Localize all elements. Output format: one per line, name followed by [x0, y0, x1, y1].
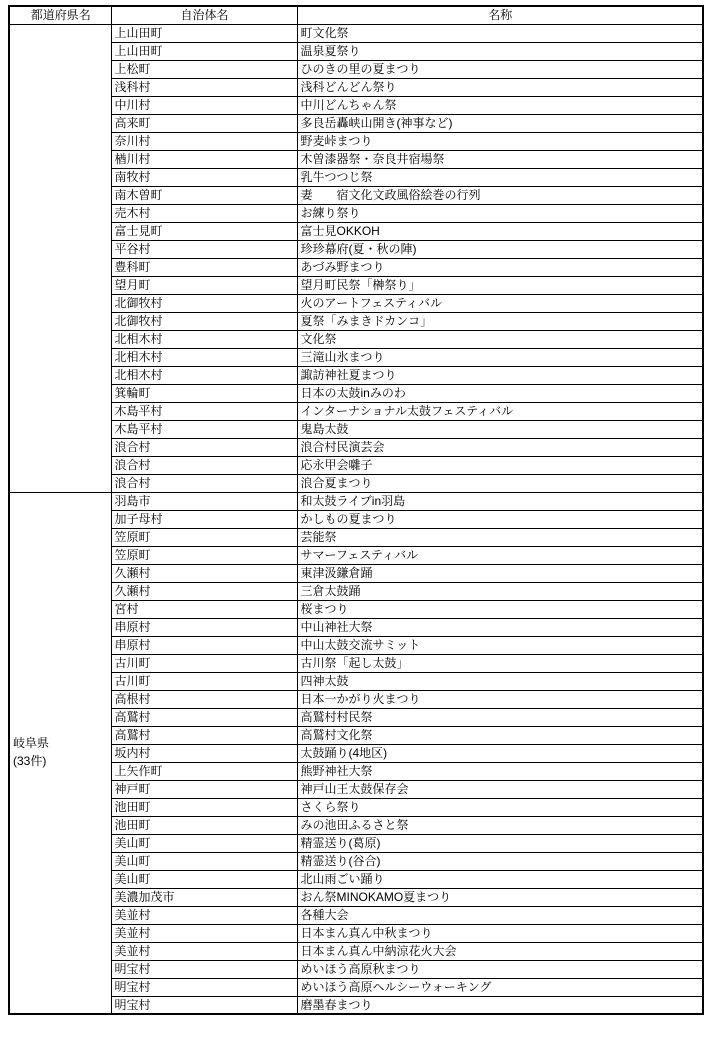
festival-name-cell: さくら祭り [297, 798, 703, 816]
festival-name-cell: 中山神社大祭 [297, 618, 703, 636]
festival-name-cell: みの池田ふるさと祭 [297, 816, 703, 834]
table-body: 上山田町町文化祭上山田町温泉夏祭り上松町ひのきの里の夏まつり浅科村浅科どんどん祭… [9, 24, 703, 1014]
table-row: 美並村日本まん真ん中納涼花火大会 [9, 942, 703, 960]
table-row: 上矢作町熊野神社大祭 [9, 762, 703, 780]
festival-name-cell: 浅科どんどん祭り [297, 78, 703, 96]
table-row: 岐阜県(33件)羽島市和太鼓ライブin羽島 [9, 492, 703, 510]
municipality-cell: 美並村 [111, 942, 297, 960]
table-row: 箕輪町日本の太鼓inみのわ [9, 384, 703, 402]
festival-name-cell: 神戸山王太鼓保存会 [297, 780, 703, 798]
prefecture-name: 岐阜県 [13, 735, 109, 753]
municipality-cell: 美濃加茂市 [111, 888, 297, 906]
table-row: 浅科村浅科どんどん祭り [9, 78, 703, 96]
festival-name-cell: おん祭MINOKAMO夏まつり [297, 888, 703, 906]
municipality-cell: 浪合村 [111, 474, 297, 492]
festival-name-cell: 文化祭 [297, 330, 703, 348]
festival-name-cell: 富士見OKKOH [297, 222, 703, 240]
table-row: 美並村日本まん真ん中秋まつり [9, 924, 703, 942]
table-row: 上松町ひのきの里の夏まつり [9, 60, 703, 78]
table-row: 木島平村インターナショナル太鼓フェスティバル [9, 402, 703, 420]
festival-name-cell: 乳牛つつじ祭 [297, 168, 703, 186]
municipality-cell: 加子母村 [111, 510, 297, 528]
festival-name-cell: 望月町民祭「榊祭り」 [297, 276, 703, 294]
municipality-cell: 久瀬村 [111, 564, 297, 582]
municipality-cell: 奈川村 [111, 132, 297, 150]
table-row: 池田町みの池田ふるさと祭 [9, 816, 703, 834]
municipality-cell: 富士見町 [111, 222, 297, 240]
table-row: 古川町古川祭「起し太鼓」 [9, 654, 703, 672]
table-row: 北御牧村夏祭「みまきドカンコ」 [9, 312, 703, 330]
table-row: 坂内村太鼓踊り(4地区) [9, 744, 703, 762]
municipality-cell: 浪合村 [111, 438, 297, 456]
table-header: 都道府県名 自治体名 名称 [9, 6, 703, 24]
municipality-cell: 古川町 [111, 672, 297, 690]
municipality-cell: 串原村 [111, 618, 297, 636]
table-row: 加子母村かしもの夏まつり [9, 510, 703, 528]
table-row: 明宝村磨墨春まつり [9, 996, 703, 1014]
municipality-cell: 坂内村 [111, 744, 297, 762]
festival-name-cell: 日本まん真ん中秋まつり [297, 924, 703, 942]
municipality-cell: 北御牧村 [111, 294, 297, 312]
municipality-cell: 北相木村 [111, 330, 297, 348]
festival-name-cell: 精霊送り(谷合) [297, 852, 703, 870]
municipality-cell: 古川町 [111, 654, 297, 672]
table-row: 北相木村文化祭 [9, 330, 703, 348]
municipality-cell: 神戸町 [111, 780, 297, 798]
table-row: 明宝村めいほう高原秋まつり [9, 960, 703, 978]
table-row: 平谷村珍珍幕府(夏・秋の陣) [9, 240, 703, 258]
table-row: 上山田町温泉夏祭り [9, 42, 703, 60]
table-row: 中川村中川どんちゃん祭 [9, 96, 703, 114]
table-row: 豊科町あづみ野まつり [9, 258, 703, 276]
festival-name-cell: めいほう高原秋まつり [297, 960, 703, 978]
festival-name-cell: 浪合夏まつり [297, 474, 703, 492]
table-row: 高根村日本一かがり火まつり [9, 690, 703, 708]
festival-name-cell: 中山太鼓交流サミット [297, 636, 703, 654]
header-row: 都道府県名 自治体名 名称 [9, 6, 703, 24]
municipality-cell: 笠原町 [111, 546, 297, 564]
municipality-cell: 楢川村 [111, 150, 297, 168]
table-row: 美並村各種大会 [9, 906, 703, 924]
municipality-cell: 上矢作町 [111, 762, 297, 780]
municipality-cell: 売木村 [111, 204, 297, 222]
festival-name-cell: お練り祭り [297, 204, 703, 222]
festival-name-cell: 多良岳轟峡山開き(神事など) [297, 114, 703, 132]
municipality-cell: 北相木村 [111, 366, 297, 384]
table-row: 木島平村鬼島太鼓 [9, 420, 703, 438]
municipality-cell: 高根村 [111, 690, 297, 708]
municipality-cell: 串原村 [111, 636, 297, 654]
festival-name-cell: 東津汲鎌倉踊 [297, 564, 703, 582]
festival-name-cell: 和太鼓ライブin羽島 [297, 492, 703, 510]
table-row: 明宝村めいほう高原ヘルシーウォーキング [9, 978, 703, 996]
festival-name-cell: 町文化祭 [297, 24, 703, 42]
municipality-cell: 笠原町 [111, 528, 297, 546]
municipality-cell: 上山田町 [111, 24, 297, 42]
festival-name-cell: ひのきの里の夏まつり [297, 60, 703, 78]
table-row: 上山田町町文化祭 [9, 24, 703, 42]
table-row: 古川町四神太鼓 [9, 672, 703, 690]
municipality-cell: 望月町 [111, 276, 297, 294]
festival-name-cell: 熊野神社大祭 [297, 762, 703, 780]
table-row: 北相木村三滝山氷まつり [9, 348, 703, 366]
festival-name-cell: 桜まつり [297, 600, 703, 618]
municipality-cell: 高鷲村 [111, 708, 297, 726]
festival-name-cell: 中川どんちゃん祭 [297, 96, 703, 114]
municipality-cell: 久瀬村 [111, 582, 297, 600]
festival-name-cell: 日本一かがり火まつり [297, 690, 703, 708]
festival-name-cell: 高鷲村文化祭 [297, 726, 703, 744]
table-row: 売木村お練り祭り [9, 204, 703, 222]
festival-name-cell: 日本まん真ん中納涼花火大会 [297, 942, 703, 960]
municipality-cell: 明宝村 [111, 978, 297, 996]
municipality-cell: 美山町 [111, 870, 297, 888]
table-row: 美濃加茂市おん祭MINOKAMO夏まつり [9, 888, 703, 906]
table-row: 串原村中山神社大祭 [9, 618, 703, 636]
festival-name-cell: 温泉夏祭り [297, 42, 703, 60]
table-row: 南木曽町妻 宿文化文政風俗絵巻の行列 [9, 186, 703, 204]
festival-name-cell: 芸能祭 [297, 528, 703, 546]
municipality-cell: 豊科町 [111, 258, 297, 276]
municipality-cell: 木島平村 [111, 420, 297, 438]
table-row: 美山町北山雨ごい踊り [9, 870, 703, 888]
festival-name-cell: 火のアートフェスティバル [297, 294, 703, 312]
festival-name-cell: 浪合村民演芸会 [297, 438, 703, 456]
festival-name-cell: めいほう高原ヘルシーウォーキング [297, 978, 703, 996]
table-row: 高鷲村高鷲村村民祭 [9, 708, 703, 726]
municipality-cell: 美山町 [111, 834, 297, 852]
festival-name-cell: 日本の太鼓inみのわ [297, 384, 703, 402]
table-row: 奈川村野麦峠まつり [9, 132, 703, 150]
festival-table: 都道府県名 自治体名 名称 上山田町町文化祭上山田町温泉夏祭り上松町ひのきの里の… [8, 5, 704, 1015]
festival-name-cell: あづみ野まつり [297, 258, 703, 276]
table-row: 北相木村諏訪神社夏まつり [9, 366, 703, 384]
municipality-cell: 上山田町 [111, 42, 297, 60]
table-row: 久瀬村東津汲鎌倉踊 [9, 564, 703, 582]
table-row: 串原村中山太鼓交流サミット [9, 636, 703, 654]
festival-name-cell: サマーフェスティバル [297, 546, 703, 564]
festival-name-cell: かしもの夏まつり [297, 510, 703, 528]
municipality-cell: 羽島市 [111, 492, 297, 510]
table-row: 浪合村浪合村民演芸会 [9, 438, 703, 456]
municipality-cell: 美並村 [111, 924, 297, 942]
table-row: 楢川村木曽漆器祭・奈良井宿場祭 [9, 150, 703, 168]
prefecture-count: (33件) [13, 753, 109, 771]
municipality-cell: 池田町 [111, 798, 297, 816]
municipality-cell: 北相木村 [111, 348, 297, 366]
festival-name-cell: 木曽漆器祭・奈良井宿場祭 [297, 150, 703, 168]
table-row: 美山町精霊送り(谷合) [9, 852, 703, 870]
header-name: 名称 [297, 6, 703, 24]
festival-name-cell: 古川祭「起し太鼓」 [297, 654, 703, 672]
festival-name-cell: 夏祭「みまきドカンコ」 [297, 312, 703, 330]
document-page: 都道府県名 自治体名 名称 上山田町町文化祭上山田町温泉夏祭り上松町ひのきの里の… [0, 0, 710, 1038]
prefecture-cell: 岐阜県(33件) [9, 492, 111, 1014]
festival-name-cell: インターナショナル太鼓フェスティバル [297, 402, 703, 420]
table-row: 笠原町サマーフェスティバル [9, 546, 703, 564]
festival-name-cell: 各種大会 [297, 906, 703, 924]
festival-name-cell: 三倉太鼓踊 [297, 582, 703, 600]
municipality-cell: 箕輪町 [111, 384, 297, 402]
municipality-cell: 南木曽町 [111, 186, 297, 204]
festival-name-cell: 応永甲会囃子 [297, 456, 703, 474]
table-row: 富士見町富士見OKKOH [9, 222, 703, 240]
municipality-cell: 美山町 [111, 852, 297, 870]
municipality-cell: 平谷村 [111, 240, 297, 258]
festival-name-cell: 精霊送り(葛原) [297, 834, 703, 852]
table-row: 高来町多良岳轟峡山開き(神事など) [9, 114, 703, 132]
prefecture-cell [9, 24, 111, 492]
festival-name-cell: 鬼島太鼓 [297, 420, 703, 438]
municipality-cell: 美並村 [111, 906, 297, 924]
table-row: 望月町望月町民祭「榊祭り」 [9, 276, 703, 294]
festival-name-cell: 妻 宿文化文政風俗絵巻の行列 [297, 186, 703, 204]
festival-name-cell: 珍珍幕府(夏・秋の陣) [297, 240, 703, 258]
municipality-cell: 浅科村 [111, 78, 297, 96]
table-row: 神戸町神戸山王太鼓保存会 [9, 780, 703, 798]
municipality-cell: 高鷲村 [111, 726, 297, 744]
table-row: 久瀬村三倉太鼓踊 [9, 582, 703, 600]
festival-name-cell: 北山雨ごい踊り [297, 870, 703, 888]
table-row: 浪合村応永甲会囃子 [9, 456, 703, 474]
festival-name-cell: 四神太鼓 [297, 672, 703, 690]
festival-name-cell: 太鼓踊り(4地区) [297, 744, 703, 762]
table-row: 高鷲村高鷲村文化祭 [9, 726, 703, 744]
festival-name-cell: 三滝山氷まつり [297, 348, 703, 366]
header-prefecture: 都道府県名 [9, 6, 111, 24]
municipality-cell: 明宝村 [111, 960, 297, 978]
festival-name-cell: 野麦峠まつり [297, 132, 703, 150]
municipality-cell: 明宝村 [111, 996, 297, 1014]
table-row: 宮村桜まつり [9, 600, 703, 618]
municipality-cell: 北御牧村 [111, 312, 297, 330]
municipality-cell: 木島平村 [111, 402, 297, 420]
table-row: 浪合村浪合夏まつり [9, 474, 703, 492]
festival-name-cell: 高鷲村村民祭 [297, 708, 703, 726]
municipality-cell: 高来町 [111, 114, 297, 132]
table-row: 池田町さくら祭り [9, 798, 703, 816]
municipality-cell: 上松町 [111, 60, 297, 78]
municipality-cell: 浪合村 [111, 456, 297, 474]
municipality-cell: 南牧村 [111, 168, 297, 186]
table-row: 北御牧村火のアートフェスティバル [9, 294, 703, 312]
header-municipality: 自治体名 [111, 6, 297, 24]
municipality-cell: 池田町 [111, 816, 297, 834]
table-row: 美山町精霊送り(葛原) [9, 834, 703, 852]
table-row: 笠原町芸能祭 [9, 528, 703, 546]
festival-name-cell: 諏訪神社夏まつり [297, 366, 703, 384]
table-row: 南牧村乳牛つつじ祭 [9, 168, 703, 186]
municipality-cell: 宮村 [111, 600, 297, 618]
festival-name-cell: 磨墨春まつり [297, 996, 703, 1014]
municipality-cell: 中川村 [111, 96, 297, 114]
